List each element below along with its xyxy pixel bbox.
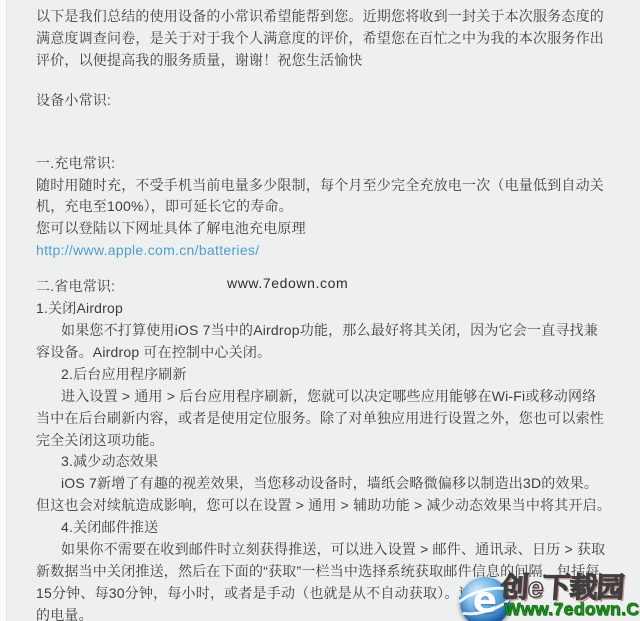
paragraph-gap: [36, 112, 622, 153]
text-line: 以下是我们总结的使用设备的小常识希望能帮到您。近期您将收到一封关于本次服务态度的: [36, 6, 622, 28]
corner-watermark: e 创e下载园 Www.7edown.Com: [454, 559, 640, 621]
text-line: 满意度调查问卷，是关于对于我个人满意度的评价，希望您在百忙之中为我的本次服务作出: [36, 28, 622, 50]
text-line: 设备小常识:: [36, 90, 622, 112]
text-line: 容设备。Airdrop 可在控制中心关闭。: [36, 342, 622, 364]
text-line: 随时用随时充，不受手机当前电量多少限制，每个月至少完全充放电一次（电量低到自动关: [36, 175, 622, 197]
text-line: 如果你不需要在收到邮件时立刻获得推送，可以进入设置 > 邮件、通讯录、日历 > …: [36, 539, 622, 561]
text-line: iOS 7新增了有趣的视差效果，当您移动设备时，墙纸会略微偏移以制造出3D的效果…: [36, 473, 622, 495]
inline-watermark-text: www.7edown.com: [227, 275, 348, 291]
text-line: 一.充电常识:: [36, 153, 622, 175]
text-line: 评价，以便提高我的服务质量，谢谢！祝您生活愉快: [36, 50, 622, 72]
watermark-site-url: Www.7edown.Com: [504, 599, 640, 620]
text-line: 您可以登陆以下网址具体了解电池充电原理: [36, 218, 622, 240]
text-line: 1.关闭Airdrop: [36, 298, 622, 320]
text-line: 2.后台应用程序刷新: [36, 364, 622, 386]
text-line: 完全关闭这项功能。: [36, 430, 622, 452]
paragraph-gap: [36, 72, 622, 90]
apple-batteries-link[interactable]: http://www.apple.com.cn/batteries/: [36, 240, 622, 262]
text-line: 如果您不打算使用iOS 7当中的Airdrop功能，那么最好将其关闭，因为它会一…: [36, 320, 622, 342]
text-line: 机，充电至100%），即可延长它的寿命。: [36, 196, 622, 218]
text-line: 3.减少动态效果: [36, 451, 622, 473]
text-line: 但这也会对续航造成影响，您可以在设置 > 通用 > 辅助功能 > 减少动态效果当…: [36, 495, 622, 517]
text-line: 4.关闭邮件推送: [36, 517, 622, 539]
document-body: 以下是我们总结的使用设备的小常识希望能帮到您。近期您将收到一封关于本次服务态度的…: [36, 6, 622, 621]
document-page: 以下是我们总结的使用设备的小常识希望能帮到您。近期您将收到一封关于本次服务态度的…: [0, 0, 640, 621]
text-line: 进入设置 > 通用 > 后台应用程序刷新，您就可以决定哪些应用能够在Wi-Fi或…: [36, 386, 622, 408]
text-line: 当中在后台刷新内容，或者是使用定位服务。除了对单独应用进行设置之外，您也可以索性: [36, 408, 622, 430]
page-left-edge: [0, 0, 7, 621]
